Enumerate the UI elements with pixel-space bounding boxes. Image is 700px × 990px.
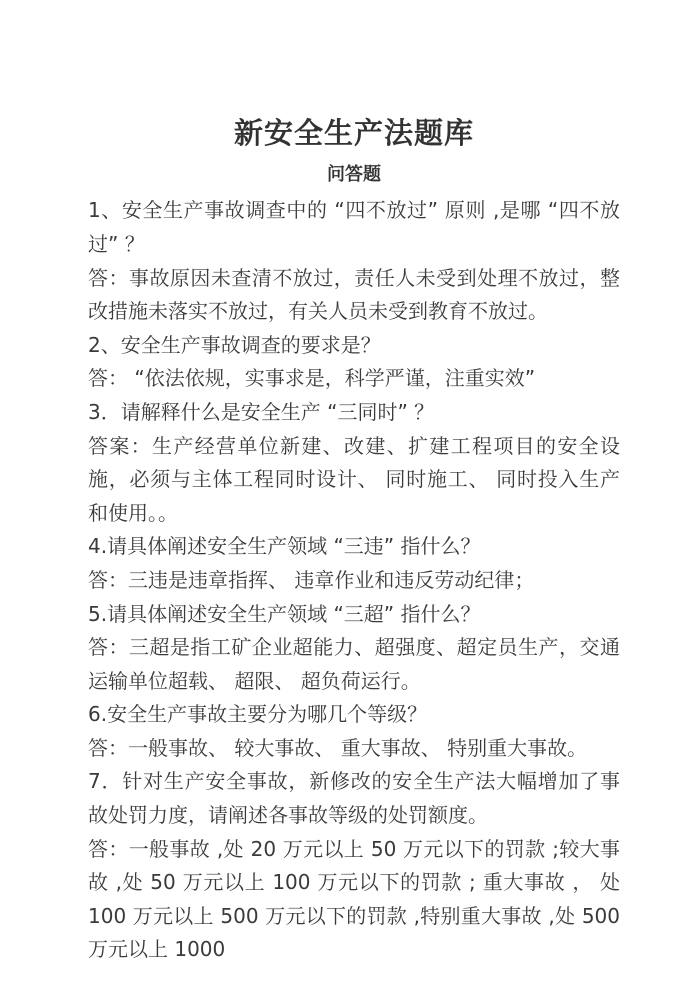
qa-answer-1: 答：事故原因未查清不放过，责任人未受到处理不放过，整改措施未落实不放过，有关人员… xyxy=(88,262,620,329)
qa-answer-3: 答案：生产经营单位新建、改建、扩建工程项目的安全设施，必须与主体工程同时设计、 … xyxy=(88,430,620,531)
qa-question-2: 2、安全生产事故调查的要求是？ xyxy=(88,329,620,363)
qa-question-1: 1、安全生产事故调查中的 “四不放过” 原则 ,是哪 “四不放过” ？ xyxy=(88,194,620,261)
document-body: 1、安全生产事故调查中的 “四不放过” 原则 ,是哪 “四不放过” ？ 答：事故… xyxy=(88,194,620,967)
document-page: 新安全生产法题库 问答题 1、安全生产事故调查中的 “四不放过” 原则 ,是哪 … xyxy=(0,0,700,990)
qa-question-3: 3．请解释什么是安全生产 “三同时” ？ xyxy=(88,396,620,430)
qa-question-6: 6.安全生产事故主要分为哪几个等级？ xyxy=(88,698,620,732)
qa-answer-7: 答：一般事故 ,处 20 万元以上 50 万元以下的罚款 ;较大事故 ,处 50… xyxy=(88,833,620,967)
qa-answer-6: 答：一般事故、 较大事故、 重大事故、 特别重大事故。 xyxy=(88,732,620,766)
document-subtitle: 问答题 xyxy=(88,164,620,186)
qa-answer-5: 答：三超是指工矿企业超能力、超强度、超定员生产，交通运输单位超载、 超限、 超负… xyxy=(88,631,620,698)
document-title: 新安全生产法题库 xyxy=(88,116,620,151)
qa-answer-2: 答： “依法依规，实事求是，科学严谨，注重实效” xyxy=(88,362,620,396)
qa-question-5: 5.请具体阐述安全生产领域 “三超” 指什么？ xyxy=(88,598,620,632)
qa-question-7: 7．针对生产安全事故，新修改的安全生产法大幅增加了事故处罚力度，请阐述各事故等级… xyxy=(88,765,620,832)
qa-question-4: 4.请具体阐述安全生产领域 “三违” 指什么？ xyxy=(88,530,620,564)
qa-answer-4: 答：三违是违章指挥、 违章作业和违反劳动纪律； xyxy=(88,564,620,598)
